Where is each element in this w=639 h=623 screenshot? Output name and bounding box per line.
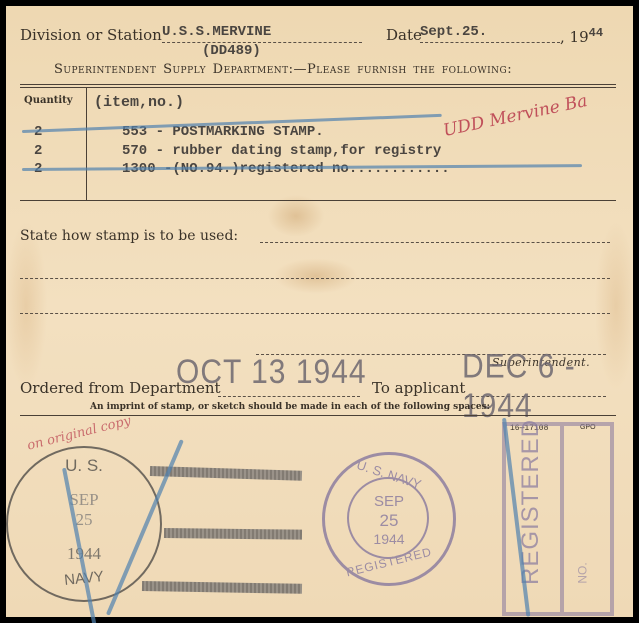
- handwritten-annotation: UDD Mervine Ba: [442, 91, 590, 141]
- division-value: U.S.S.MERVINE: [162, 24, 271, 40]
- division-subvalue: (DD489): [202, 43, 261, 59]
- postmark-day: 25: [8, 510, 160, 530]
- quantity-header: Quantity: [24, 95, 73, 106]
- usage-line: [20, 278, 610, 279]
- column-divider: [86, 88, 87, 200]
- date-field: Sept.25.: [420, 24, 560, 43]
- ordered-line: [218, 396, 360, 397]
- postmark-day: 25: [325, 511, 453, 531]
- registered-postmark: U. S. NAVY SEP 25 1944 REGISTERED: [322, 452, 456, 586]
- imprint-note: An imprint of stamp, or sketch should be…: [90, 402, 490, 412]
- usage-line: [260, 242, 610, 243]
- divider: [20, 415, 616, 416]
- division-field: U.S.S.MERVINE: [162, 24, 362, 43]
- applicant-label: To applicant: [372, 379, 465, 397]
- cancel-bar: [150, 466, 302, 481]
- instruction-text: Superintendent Supply Department:—Please…: [54, 62, 512, 77]
- usage-label: State how stamp is to be used:: [20, 228, 238, 244]
- requisition-form: Division or Station U.S.S.MERVINE (DD489…: [6, 6, 633, 617]
- division-label: Division or Station: [20, 26, 162, 44]
- date-value: Sept.25.: [420, 24, 487, 40]
- cancel-bar: [164, 528, 302, 540]
- usage-line: [20, 313, 610, 314]
- divider: [20, 87, 616, 88]
- registered-box-stamp: REGISTERED NO.: [502, 422, 614, 616]
- postmark-month: SEP: [325, 493, 453, 510]
- date-label: Date: [386, 26, 422, 44]
- postmark-top: U. S.: [8, 456, 160, 476]
- box-divider: [560, 426, 564, 612]
- row-quantity: 2: [34, 143, 42, 159]
- year-field: , 1944: [560, 26, 603, 46]
- postmark-month: SEP: [8, 490, 160, 510]
- cancel-bar: [142, 581, 302, 594]
- year-prefix: , 19: [560, 28, 589, 46]
- year-suffix: 44: [589, 26, 603, 40]
- row-item: 570 - rubber dating stamp,for registry: [122, 143, 441, 159]
- divider: [20, 84, 616, 85]
- ordered-date-stamp: OCT 13 1944: [176, 353, 367, 392]
- registered-no-label: NO.: [576, 562, 590, 583]
- divider: [20, 200, 616, 201]
- item-header: (item,no.): [94, 94, 184, 111]
